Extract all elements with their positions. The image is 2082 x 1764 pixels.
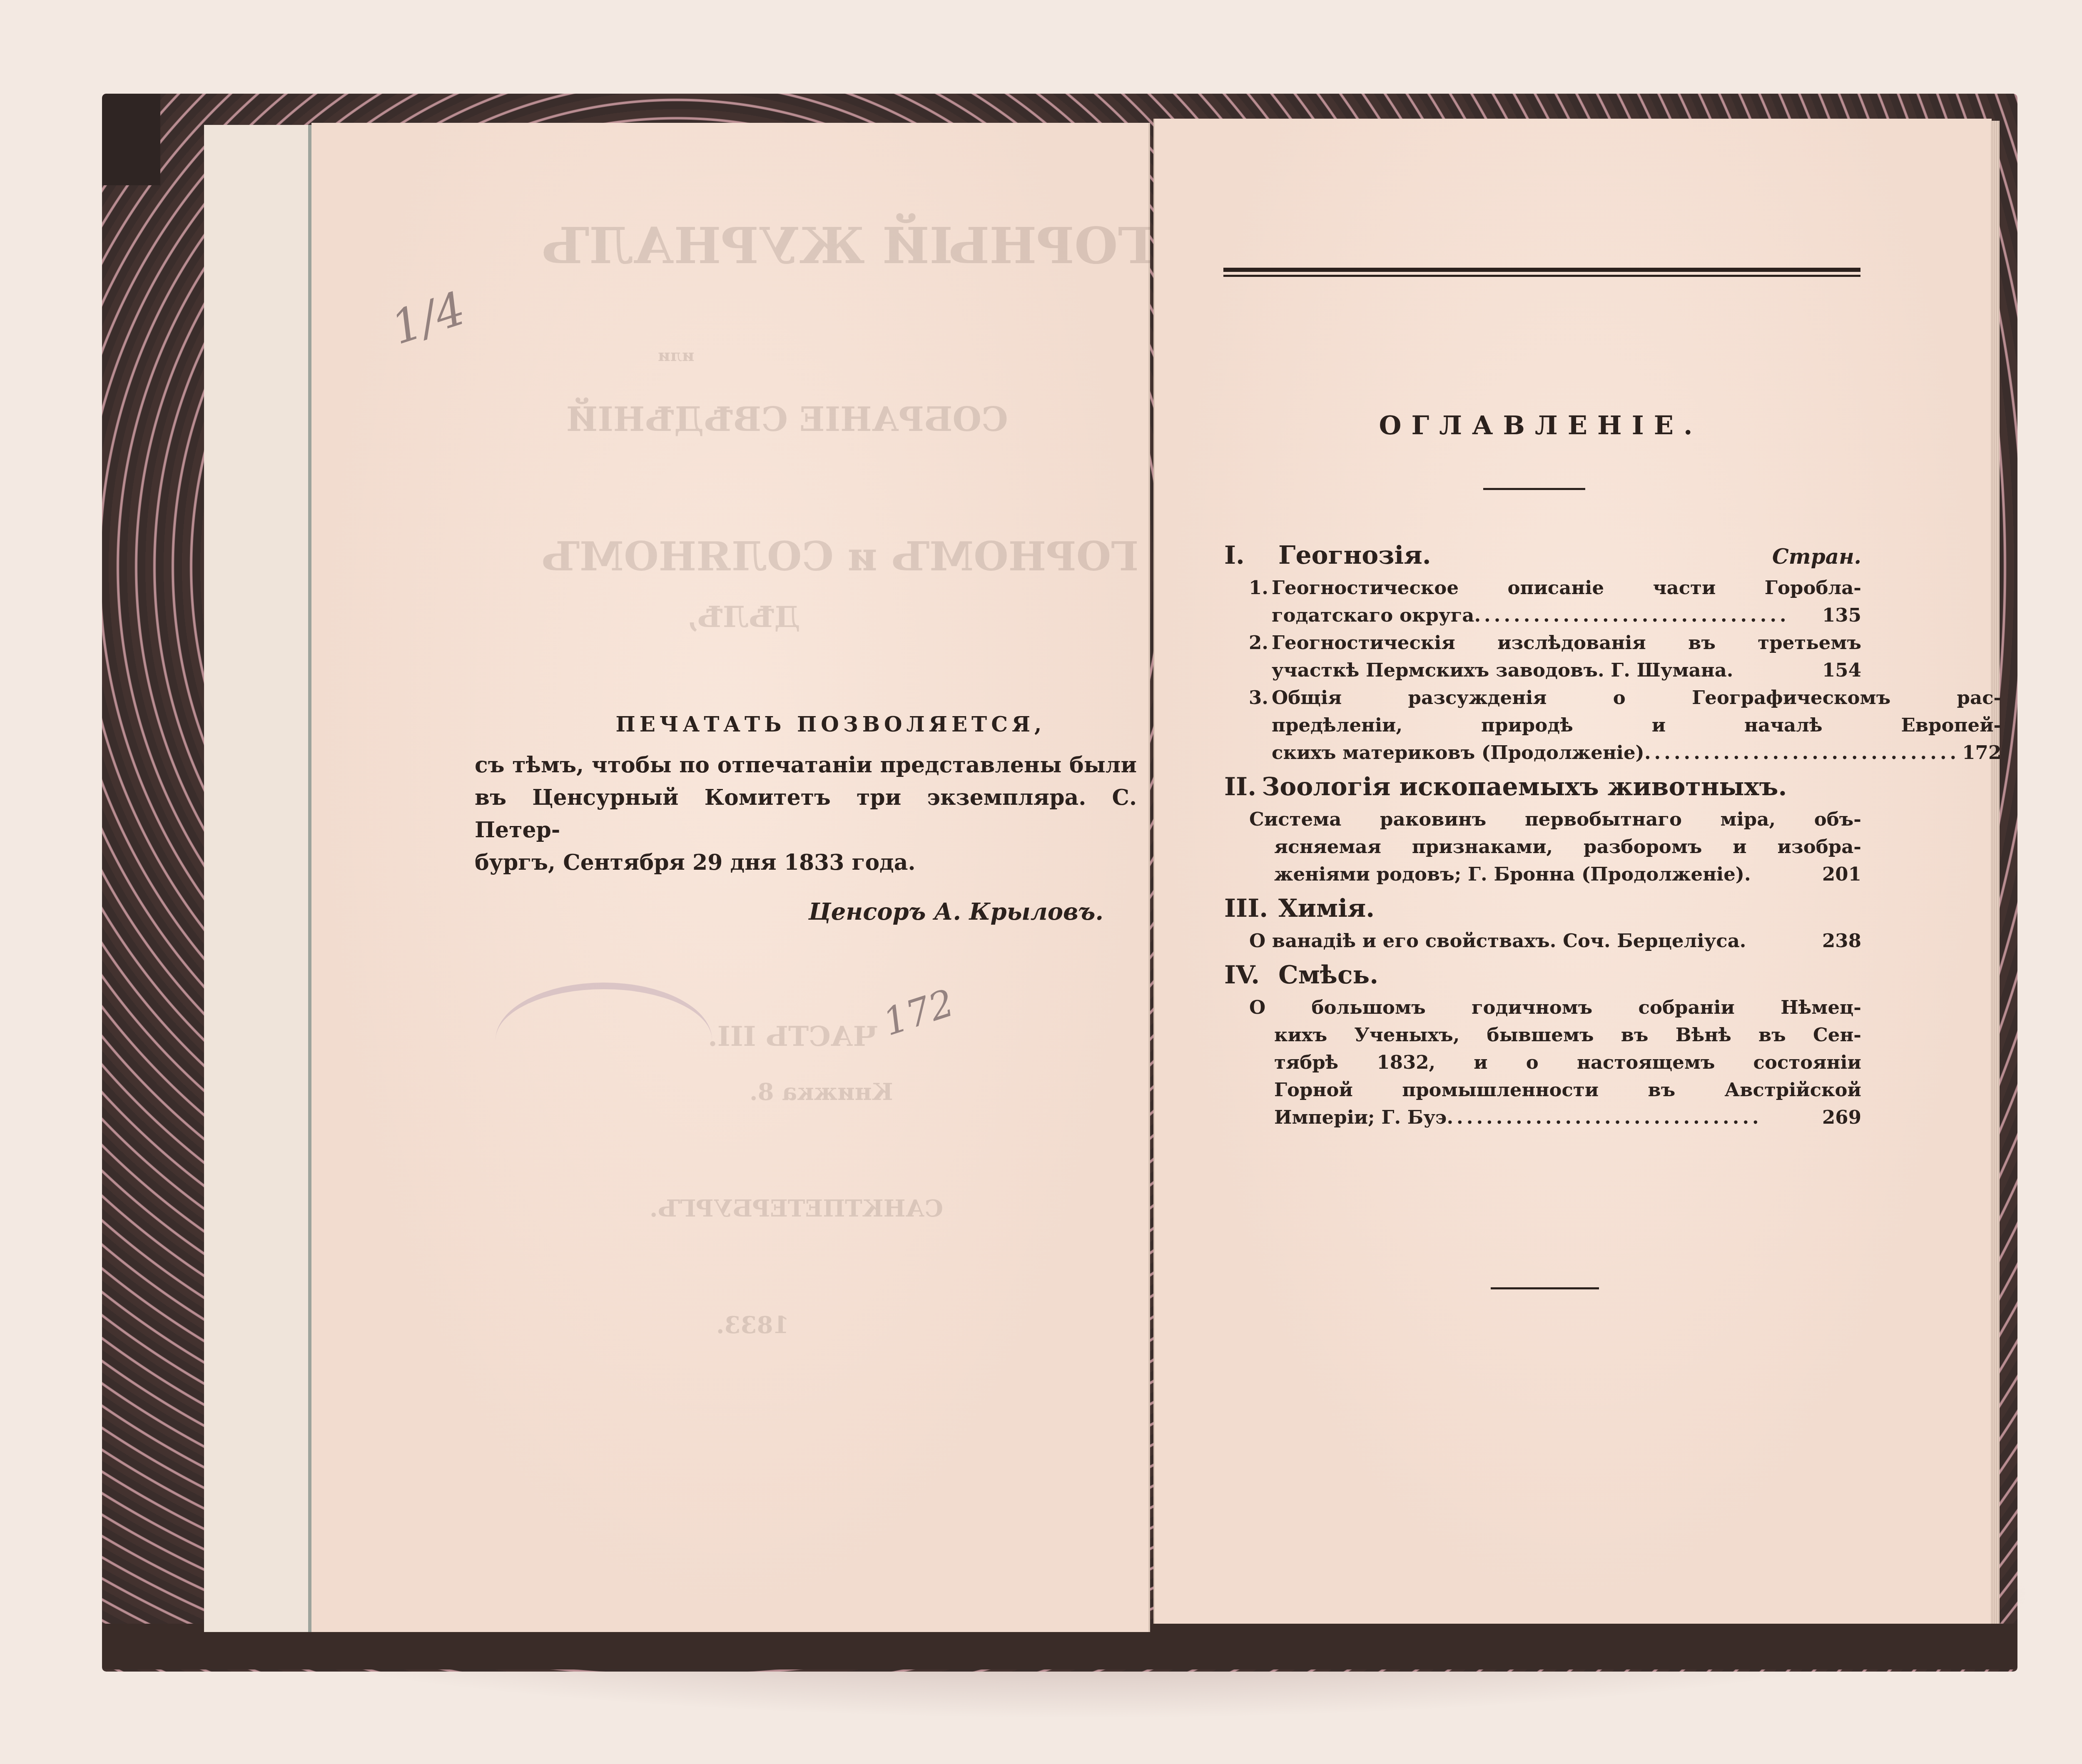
imprimatur-body: съ тѣмъ, чтобы по отпечатаніи представле… [475,749,1137,879]
section-title: Зоологія ископаемыхъ животныхъ. [1262,772,1787,801]
imprimatur-line: бургъ, Сентября 29 дня 1833 года. [475,846,1137,879]
bleed-line: ЧАСТЬ III. [708,1020,878,1052]
page-column-label: Стран. [1772,544,1861,569]
toc-section: III.Химія. [1224,894,1861,923]
toc-section: IV.Смѣсь. [1224,960,1861,990]
entry-line: участкѣ Пермскихъ заводовъ. Г. Шумана. [1272,657,1820,684]
entry-line: предѣленіи, природѣ и началѣ Европей- [1272,712,2001,739]
entry-line: ясняемая признаками, разборомъ и изобра- [1274,833,1861,861]
table-of-contents: I.Геогнозія. Стран. 1. Геогностическое о… [1224,535,1861,1131]
bleed-line: СОБРАНІЕ СВѢДѢНІЙ [566,400,1008,439]
entry-index: 3. [1237,684,1272,766]
entry-line: Система раковинъ первобытнаго міра, объ- [1249,806,1861,833]
faded-stamp [496,983,712,1097]
imprimatur-line: въ Ценсурный Комитетъ три экземпляра. С.… [475,781,1137,846]
entry-line: тябрѣ 1832, и о настоящемъ состояніи [1274,1049,1861,1076]
toc-entry[interactable]: Система раковинъ первобытнаго міра, объ-… [1224,806,1861,888]
leather-spine-corner [102,94,160,185]
section-numeral: IV. [1224,960,1278,990]
leader-dots: ................................ [1644,739,1960,766]
title-ornament-rule [1483,488,1585,490]
toc-title: ОГЛАВЛЕНІЕ. [1208,410,1874,440]
section-title: Геогнозія. [1278,541,1431,570]
bleed-line: ДѢЛѢ, [687,600,800,634]
entry-line: О ванадіѣ и его свойствахъ. Соч. Берцелі… [1249,927,1820,955]
bleed-line: или [658,346,695,365]
entry-page: 135 [1820,602,1861,629]
toc-entry[interactable]: О ванадіѣ и его свойствахъ. Соч. Берцелі… [1224,927,1861,955]
entry-line: О большомъ годичномъ собраніи Нѣмец- [1249,994,1861,1021]
bleed-line: ГОРНОМЪ и СОЛЯНОМЪ [541,533,1139,580]
entry-line: Горной промышленности въ Австрійской [1274,1076,1861,1104]
entry-line: женіями родовъ; Г. Бронна (Продолженіе). [1274,861,1820,888]
section-numeral: III. [1224,894,1278,923]
entry-index: 2. [1237,629,1272,684]
flyleaf-strip [204,125,311,1632]
entry-page: 154 [1820,657,1861,684]
imprimatur-heading: ПЕЧАТАТЬ ПОЗВОЛЯЕТСЯ, [525,712,1137,736]
end-ornament-rule [1491,1287,1599,1289]
entry-page: 269 [1820,1104,1861,1131]
entry-line: Имперіи; Г. Буэ [1274,1104,1447,1131]
toc-entry[interactable]: О большомъ годичномъ собраніи Нѣмец- ких… [1224,994,1861,1131]
entry-page: 238 [1820,927,1861,955]
section-numeral: I. [1224,541,1278,570]
toc-entry[interactable]: 2. Геогностическія изслѣдованія въ треть… [1224,629,1861,684]
bleed-title: ГОРНЫЙ ЖУРНАЛЪ [541,216,1152,275]
entry-line: Геогностическое описаніе части Горобла- [1272,574,1861,602]
imprimatur-line: съ тѣмъ, чтобы по отпечатаніи представле… [475,749,1137,781]
section-numeral: II. [1224,772,1262,801]
section-title: Смѣсь. [1278,960,1378,990]
page-edges [1990,121,2000,1624]
entry-line: годатскаго округа [1272,602,1474,629]
censor-imprimatur: ПЕЧАТАТЬ ПОЗВОЛЯЕТСЯ, съ тѣмъ, чтобы по … [475,712,1137,926]
entry-page: 201 [1820,861,1861,888]
leader-dots: ................................ [1447,1104,1820,1131]
toc-section: I.Геогнозія. Стран. [1224,541,1861,570]
entry-line: скихъ материковъ (Продолженіе) [1272,739,1644,766]
section-title: Химія. [1278,894,1375,923]
toc-section: II.Зоологія ископаемыхъ животныхъ. [1224,772,1861,801]
entry-line: кихъ Ученыхъ, бывшемъ въ Вѣнѣ въ Сен- [1274,1021,1861,1049]
bleed-line: САНКТПЕТЕРБУРГЪ. [650,1195,943,1222]
censor-signature: Ценсоръ А. Крыловъ. [475,898,1137,926]
toc-entry[interactable]: 1. Геогностическое описаніе части Горобл… [1224,574,1861,629]
entry-line: Общія разсужденія о Географическомъ рас- [1272,684,2001,712]
toc-entry[interactable]: 3. Общія разсужденія о Географическомъ р… [1224,684,1861,766]
entry-index: 1. [1237,574,1272,629]
leader-dots: ................................ [1474,602,1820,629]
bleed-line: Книжка 8. [750,1078,893,1106]
header-double-rule [1223,268,1860,277]
bleed-line: 1833. [716,1311,789,1339]
entry-line: Геогностическія изслѣдованія въ третьемъ [1272,629,1861,657]
entry-page: 172 [1960,739,2001,766]
